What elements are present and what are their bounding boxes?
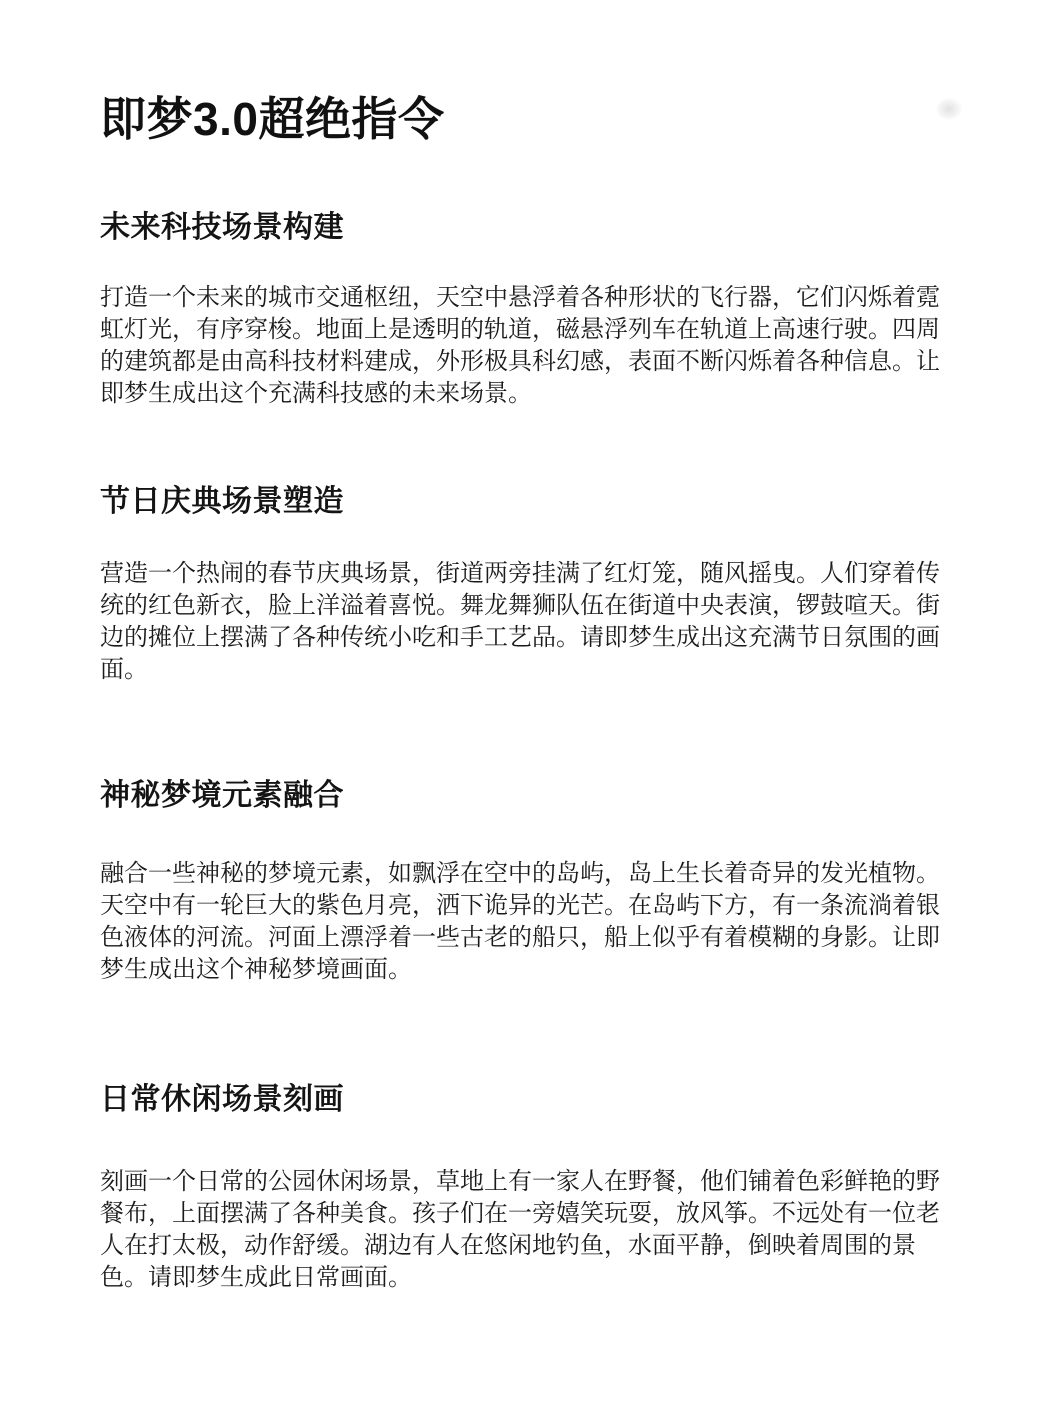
section-future-tech: 未来科技场景构建 打造一个未来的城市交通枢纽，天空中悬浮着各种形状的飞行器，它们… <box>100 210 942 410</box>
section-body: 融合一些神秘的梦境元素，如飘浮在空中的岛屿，岛上生长着奇异的发光植物。天空中有一… <box>100 858 942 986</box>
section-dreamscape: 神秘梦境元素融合 融合一些神秘的梦境元素，如飘浮在空中的岛屿，岛上生长着奇异的发… <box>100 778 942 986</box>
section-heading: 节日庆典场景塑造 <box>100 484 942 520</box>
page-title: 即梦3.0超绝指令 <box>100 94 942 144</box>
section-body: 刻画一个日常的公园休闲场景，草地上有一家人在野餐，他们铺着色彩鲜艳的野餐布，上面… <box>100 1166 942 1294</box>
document-page: 即梦3.0超绝指令 未来科技场景构建 打造一个未来的城市交通枢纽，天空中悬浮着各… <box>0 0 942 1294</box>
section-heading: 未来科技场景构建 <box>100 210 942 246</box>
section-heading: 日常休闲场景刻画 <box>100 1082 942 1118</box>
section-heading: 神秘梦境元素融合 <box>100 778 942 814</box>
section-festival: 节日庆典场景塑造 营造一个热闹的春节庆典场景，街道两旁挂满了红灯笼，随风摇曳。人… <box>100 484 942 686</box>
section-body: 营造一个热闹的春节庆典场景，街道两旁挂满了红灯笼，随风摇曳。人们穿着传统的红色新… <box>100 558 942 686</box>
section-body: 打造一个未来的城市交通枢纽，天空中悬浮着各种形状的飞行器，它们闪烁着霓虹灯光，有… <box>100 282 942 410</box>
section-daily-leisure: 日常休闲场景刻画 刻画一个日常的公园休闲场景，草地上有一家人在野餐，他们铺着色彩… <box>100 1082 942 1294</box>
